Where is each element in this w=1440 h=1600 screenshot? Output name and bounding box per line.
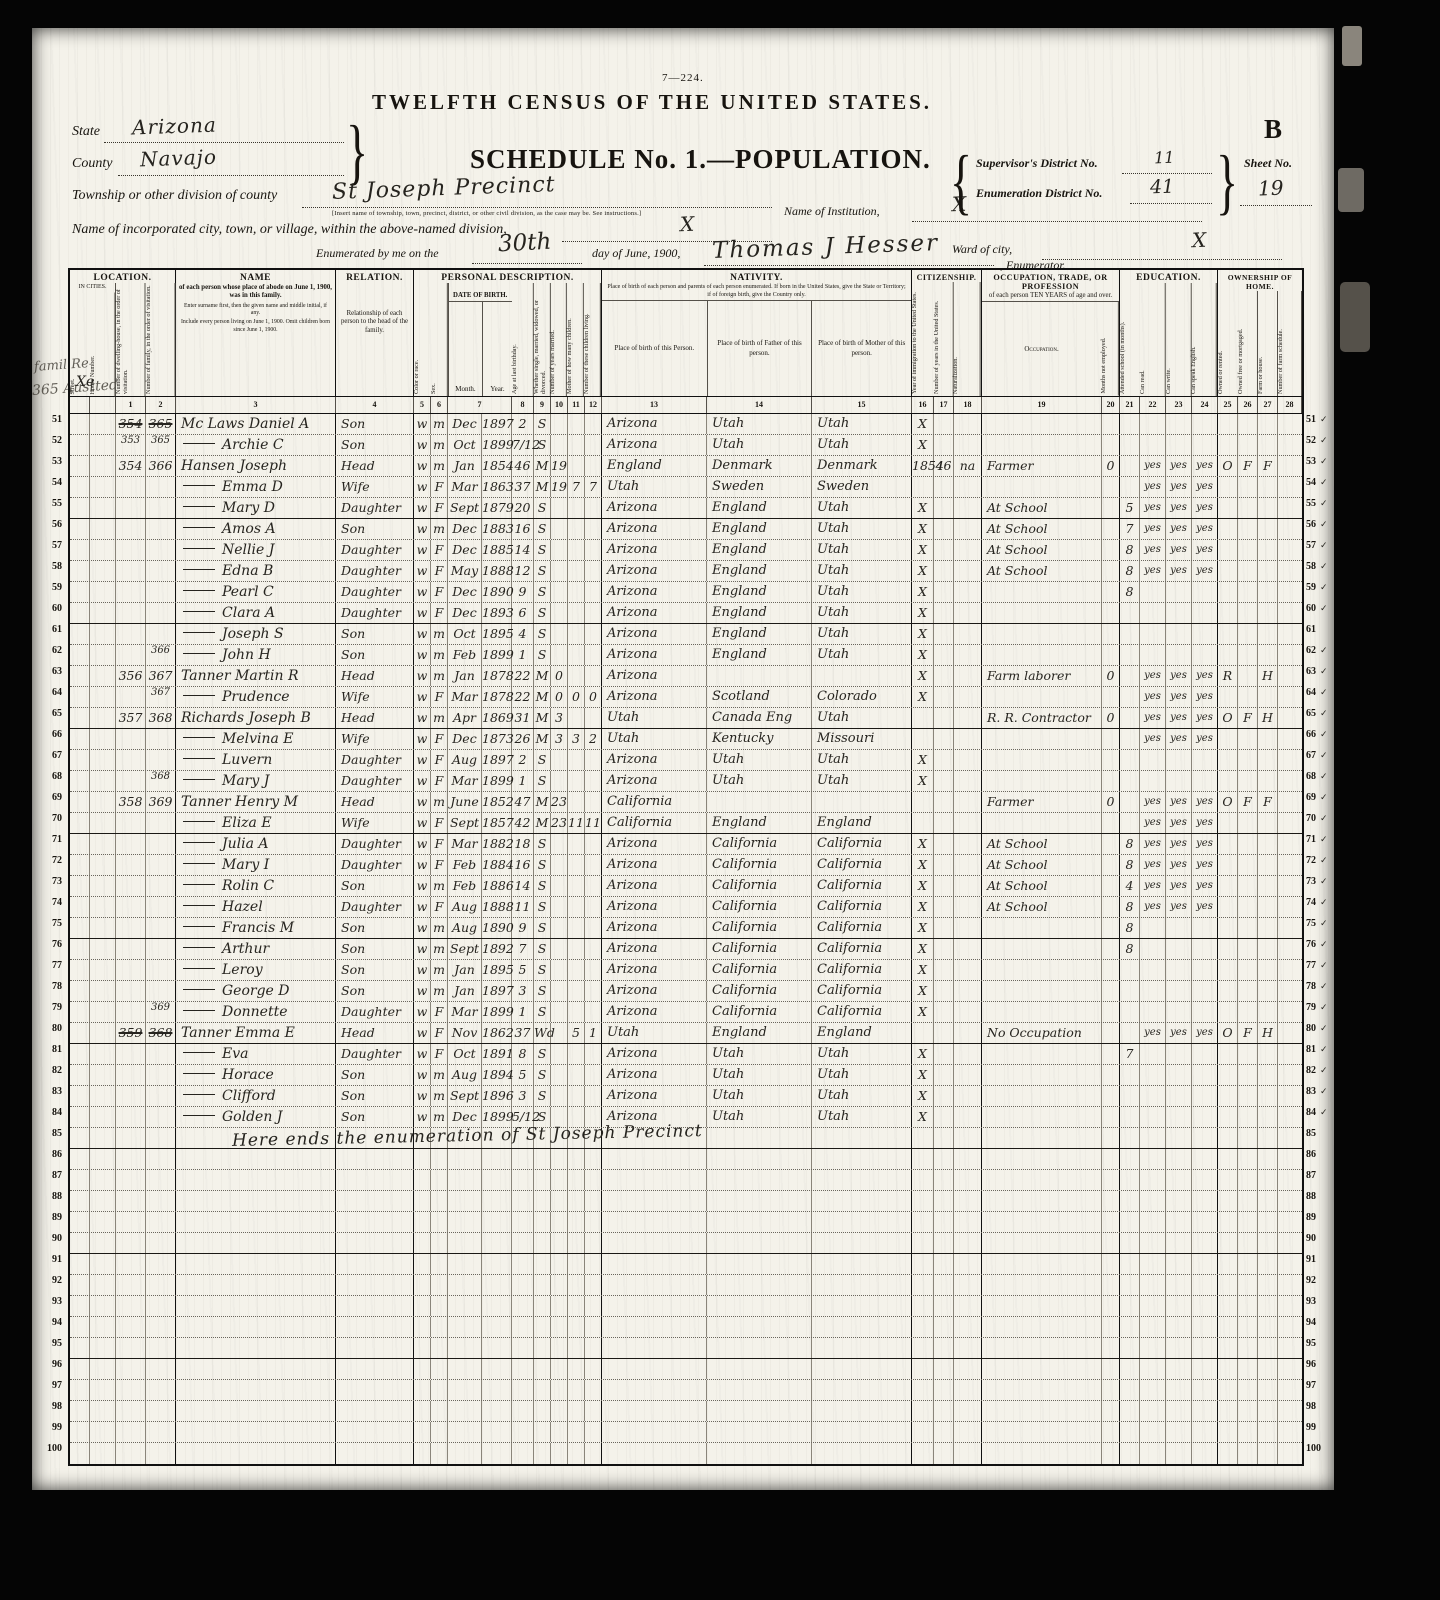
mother-of-col-label: Mother of how many children. [567,283,584,396]
cell-yus [934,1422,954,1442]
nativity-note: Place of birth of each person and parent… [602,283,911,300]
cell-fam [146,477,176,497]
cell-own [1218,1170,1238,1190]
cell-name [176,1359,336,1379]
cell-own: O [1218,708,1238,728]
cell-bm: Dec [448,1107,482,1127]
cell-age: 42 [512,813,534,833]
column-number: 23 [1166,397,1192,413]
table-header: LOCATION. IN CITIES. Street. House Numbe… [70,270,1302,397]
cell-pob [602,1422,707,1442]
cell-occ [982,939,1102,959]
cell-fm [1238,750,1258,770]
table-row: HoraceSonwmAug18945SArizonaUtahUtahX [70,1065,1302,1086]
cell-en: yes [1192,540,1218,560]
cell-fam: 365 [146,414,176,434]
name-title: NAME [176,270,335,283]
line-number-left: 54 [38,477,62,488]
cell-rd: yes [1140,792,1166,812]
cell-name: John H [176,645,336,665]
cell-sch: 7 [1120,1044,1140,1064]
cell-rd: yes [1140,1023,1166,1043]
cell-dw [116,960,146,980]
cell-pf: California [707,1002,812,1022]
cell-fam [146,1317,176,1337]
cell-en [1192,1149,1218,1169]
cell-fam: 366 [146,645,176,665]
column-group-personal: PERSONAL DESCRIPTION. Color or race. Sex… [414,270,602,396]
cell-occ [982,624,1102,644]
cell-cl [585,540,602,560]
line-number-right: 64✓ [1306,687,1346,698]
english-col-label: Can speak English. [1191,283,1217,396]
line-number-right: 65✓ [1306,708,1346,719]
cell-bm: Sept [448,498,482,518]
cell-mu [1102,624,1120,644]
ditto-dash [183,1073,215,1074]
month-col-label: Month. [449,302,482,396]
cell-mar [534,1401,551,1421]
cell-c: w [414,666,431,686]
cell-cl [585,1254,602,1274]
cell-sn [1278,1233,1302,1253]
immigration-col-label: Year of immigration to the United States… [912,282,934,396]
cell-wr [1166,1002,1192,1022]
census-table: LOCATION. IN CITIES. Street. House Numbe… [68,268,1304,1466]
cell-wr [1166,1170,1192,1190]
cell-en [1192,1401,1218,1421]
cell-mb [568,939,585,959]
cell-dw [116,918,146,938]
cell-pob [602,1401,707,1421]
cell-st [70,1149,90,1169]
cell-yus [934,1275,954,1295]
line-number-left: 93 [38,1296,62,1307]
line-number-right: 71✓ [1306,834,1346,845]
cell-fh [1258,981,1278,1001]
cell-own [1218,1380,1238,1400]
tally-check: ✓ [1320,604,1328,614]
cell-s [431,1317,448,1337]
cell-sn [1278,1002,1302,1022]
cell-occ [982,1149,1102,1169]
name-note1: Enter surname first, then the given name… [176,302,335,318]
cell-own [1218,519,1238,539]
cell-st [70,1065,90,1085]
cell-rd: yes [1140,666,1166,686]
cell-occ: Farm laborer [982,666,1102,686]
cell-pob [602,1380,707,1400]
table-row: George DSonwmJan18973SArizonaCaliforniaC… [70,981,1302,1002]
cell-nat [954,729,982,749]
cell-sch [1120,1023,1140,1043]
cell-wr [1166,1233,1192,1253]
cell-pf: Utah [707,435,812,455]
cell-age [512,1233,534,1253]
cell-cl [585,1086,602,1106]
cell-sch [1120,708,1140,728]
cell-mar: M [534,792,551,812]
cell-ym: 19 [551,456,568,476]
cell-pob [602,1275,707,1295]
nativity-title: NATIVITY. [602,270,911,283]
scan-smudge [1342,26,1362,66]
cell-st [70,666,90,686]
cell-fam: 368 [146,708,176,728]
cell-fm [1238,1422,1258,1442]
cell-sn [1278,1422,1302,1442]
cell-fh [1258,960,1278,980]
cell-own [1218,1191,1238,1211]
tally-check: ✓ [1320,1024,1328,1034]
cell-bm: Oct [448,1044,482,1064]
cell-dw [116,771,146,791]
cell-by: 1873 [482,729,512,749]
ditto-dash [183,653,215,654]
location-number: 368 [149,1025,173,1040]
cell-fh [1258,729,1278,749]
cell-fam [146,1275,176,1295]
cell-sn [1278,708,1302,728]
cell-name: Hazel [176,897,336,917]
cell-en [1192,1443,1218,1464]
cell-bm: Dec [448,414,482,434]
line-number-left: 94 [38,1317,62,1328]
cell-c: w [414,876,431,896]
cell-en [1192,1128,1218,1148]
cell-by: 1878 [482,687,512,707]
tally-check: ✓ [1320,562,1328,572]
cell-mu [1102,855,1120,875]
cell-cl [585,1443,602,1464]
cell-own [1218,1317,1238,1337]
cell-en [1192,1065,1218,1085]
cell-fam [146,1338,176,1358]
cell-fh [1258,876,1278,896]
ownership-title: OWNERSHIP OF HOME. [1218,270,1302,291]
cell-pm [812,1254,912,1274]
cell-cl [585,960,602,980]
cell-s: m [431,960,448,980]
cell-wr [1166,1275,1192,1295]
cell-fm [1238,1443,1258,1464]
cell-st [70,1380,90,1400]
cell-nat [954,435,982,455]
cell-pf: England [707,603,812,623]
cell-sn [1278,1254,1302,1274]
cell-pob: Utah [602,1023,707,1043]
cell-age: 3 [512,981,534,1001]
cell-occ [982,771,1102,791]
cell-mar: S [534,645,551,665]
line-number-right: 82✓ [1306,1065,1346,1076]
relation-title: RELATION. [336,270,413,283]
cell-own: R [1218,666,1238,686]
cell-im: X [912,435,934,455]
cell-pf: England [707,498,812,518]
tally-check: ✓ [1320,1003,1328,1013]
cell-sn [1278,561,1302,581]
cell-pf: California [707,897,812,917]
cell-hn [90,1401,116,1421]
line-number-left: 83 [38,1086,62,1097]
write-col-label: Can write. [1166,283,1192,396]
cell-hn [90,1443,116,1464]
cell-pm: Utah [812,582,912,602]
cell-age: 46 [512,456,534,476]
column-number: 2 [146,397,176,413]
cell-im: X [912,1107,934,1127]
cell-ym [551,939,568,959]
cell-c [414,1170,431,1190]
cell-fm: F [1238,456,1258,476]
cell-own [1218,1212,1238,1232]
cell-mu [1102,1296,1120,1316]
cell-occ [982,1422,1102,1442]
cell-c: w [414,414,431,434]
name-line1: of each person whose place of abode on J… [176,283,335,302]
cell-wr [1166,918,1192,938]
cell-rel: Son [336,414,414,434]
cell-by: 1885 [482,540,512,560]
cell-ym [551,855,568,875]
cell-im: 1854 [912,456,934,476]
cell-sn [1278,1149,1302,1169]
cell-age [512,1338,534,1358]
cell-mb [568,876,585,896]
cell-by [482,1191,512,1211]
table-row: LeroySonwmJan18955SArizonaCaliforniaCali… [70,960,1302,981]
cell-s [431,1170,448,1190]
sheet-no-label: Sheet No. [1244,156,1292,171]
table-row: Nellie JDaughterwFDec188514SArizonaEngla… [70,540,1302,561]
tally-check: ✓ [1320,499,1328,509]
cell-own [1218,561,1238,581]
ditto-dash [183,485,215,486]
cell-s: F [431,1023,448,1043]
cell-pob: Arizona [602,855,707,875]
cell-s: m [431,981,448,1001]
cell-own [1218,771,1238,791]
cell-sch [1120,1338,1140,1358]
cell-age: 37 [512,477,534,497]
cell-pob: Arizona [602,918,707,938]
cell-sch [1120,1149,1140,1169]
cell-sn [1278,1191,1302,1211]
cell-rd: yes [1140,456,1166,476]
cell-yus [934,1338,954,1358]
cell-mar [534,1296,551,1316]
cell-sn [1278,1128,1302,1148]
cell-sch [1120,1401,1140,1421]
line-number-right: 90 [1306,1233,1346,1244]
enum-district-value: 41 [1150,176,1175,199]
table-row: 366John HSonwmFeb18991SArizonaEnglandUta… [70,645,1302,666]
cell-rd [1140,582,1166,602]
cell-yus [934,1128,954,1148]
cell-own [1218,1275,1238,1295]
cell-pf: Utah [707,750,812,770]
ditto-dash [183,863,215,864]
ditto-dash [183,443,215,444]
cell-fam [146,1443,176,1464]
cell-wr [1166,1338,1192,1358]
cell-name: Pearl C [176,582,336,602]
cell-by: 1897 [482,981,512,1001]
cell-fh [1258,1359,1278,1379]
cell-im [912,1233,934,1253]
cell-st [70,624,90,644]
table-row: Eliza EWifewFSept185742M231111California… [70,813,1302,834]
ditto-dash [183,1052,215,1053]
cell-fam: 366 [146,456,176,476]
cell-im [912,729,934,749]
cell-sch [1120,603,1140,623]
cell-en [1192,1170,1218,1190]
cell-fh [1258,477,1278,497]
cell-s [431,1275,448,1295]
line-number-left: 81 [38,1044,62,1055]
table-row [70,1191,1302,1212]
tally-check: ✓ [1320,793,1328,803]
cell-occ [982,1191,1102,1211]
cell-pm [812,1317,912,1337]
cell-fh: H [1258,1023,1278,1043]
column-number: 8 [512,397,534,413]
sheet-side-letter: B [1264,114,1282,145]
cell-fam [146,1212,176,1232]
cell-st [70,1443,90,1464]
cell-bm: Oct [448,435,482,455]
scan-edge-right [1334,0,1440,1600]
enumerated-rest: day of June, 1900, [592,246,680,261]
cell-im: X [912,645,934,665]
cell-rd: yes [1140,561,1166,581]
cell-pm [812,1443,912,1464]
cell-pm [812,1128,912,1148]
cell-rel: Head [336,708,414,728]
state-value: Arizona [132,113,218,140]
cell-mu [1102,687,1120,707]
cell-nat [954,666,982,686]
line-number-left: 56 [38,519,62,530]
cell-own [1218,876,1238,896]
cell-cl [585,834,602,854]
census-sheet: 7—224. TWELFTH CENSUS OF THE UNITED STAT… [32,28,1334,1490]
table-row: 358369Tanner Henry MHeadwmJune185247M23C… [70,792,1302,813]
cell-pf: England [707,645,812,665]
cell-pm: California [812,918,912,938]
cell-age [512,1359,534,1379]
cell-nat [954,1254,982,1274]
line-number-right: 57✓ [1306,540,1346,551]
cell-hn [90,414,116,434]
cell-hn [90,981,116,1001]
cell-ym [551,771,568,791]
cell-wr [1166,1422,1192,1442]
cell-fam [146,813,176,833]
cell-age [512,1401,534,1421]
school-col-label: Attended school (in months). [1120,283,1140,396]
cell-nat [954,687,982,707]
cell-pob: Arizona [602,939,707,959]
cell-sn [1278,792,1302,812]
cell-rel: Daughter [336,582,414,602]
cell-rd [1140,603,1166,623]
cell-rd [1140,1233,1166,1253]
cell-rel: Daughter [336,834,414,854]
cell-wr: yes [1166,498,1192,518]
cell-st [70,1212,90,1232]
cell-rd [1140,1401,1166,1421]
cell-nat [954,477,982,497]
cell-ym [551,645,568,665]
cell-rd [1140,750,1166,770]
cell-pf: England [707,519,812,539]
cell-nat [954,1317,982,1337]
cell-mar: S [534,939,551,959]
cell-im [912,1296,934,1316]
cell-pf: Canada Eng [707,708,812,728]
cell-by [482,1401,512,1421]
cell-s: F [431,540,448,560]
column-group-relation: RELATION. Relationship of each person to… [336,270,414,396]
cell-fh [1258,435,1278,455]
cell-sn [1278,1023,1302,1043]
cell-own: O [1218,1023,1238,1043]
cell-own [1218,1296,1238,1316]
cell-mu [1102,603,1120,623]
cell-fam [146,540,176,560]
cell-hn [90,1212,116,1232]
cell-mu: 0 [1102,456,1120,476]
cell-by: 1893 [482,603,512,623]
line-number-right: 84✓ [1306,1107,1346,1118]
cell-occ: At School [982,855,1102,875]
cell-yus [934,1107,954,1127]
cell-wr [1166,1359,1192,1379]
cell-pm: Utah [812,1065,912,1085]
cell-rel [336,1422,414,1442]
cell-cl [585,519,602,539]
cell-c: w [414,1107,431,1127]
cell-rel [336,1380,414,1400]
cell-pob: Arizona [602,834,707,854]
cell-age: 7/12 [512,435,534,455]
cell-pob: Arizona [602,750,707,770]
cell-pob: Arizona [602,540,707,560]
cell-fh [1258,1149,1278,1169]
cell-rel [336,1359,414,1379]
cell-mb [568,1212,585,1232]
cell-nat [954,582,982,602]
cell-occ [982,1338,1102,1358]
house-number-col-label: House Number. [90,293,115,397]
line-number-left: 73 [38,876,62,887]
cell-im [912,1401,934,1421]
years-married-col-label: Number of years married. [550,283,567,396]
cell-rd: yes [1140,834,1166,854]
cell-c [414,1422,431,1442]
cell-rd [1140,960,1166,980]
cell-by: 1899 [482,1002,512,1022]
cell-c [414,1191,431,1211]
cell-pm [812,792,912,812]
cell-mb [568,540,585,560]
ditto-dash [183,569,215,570]
cell-yus [934,1086,954,1106]
cell-nat [954,603,982,623]
